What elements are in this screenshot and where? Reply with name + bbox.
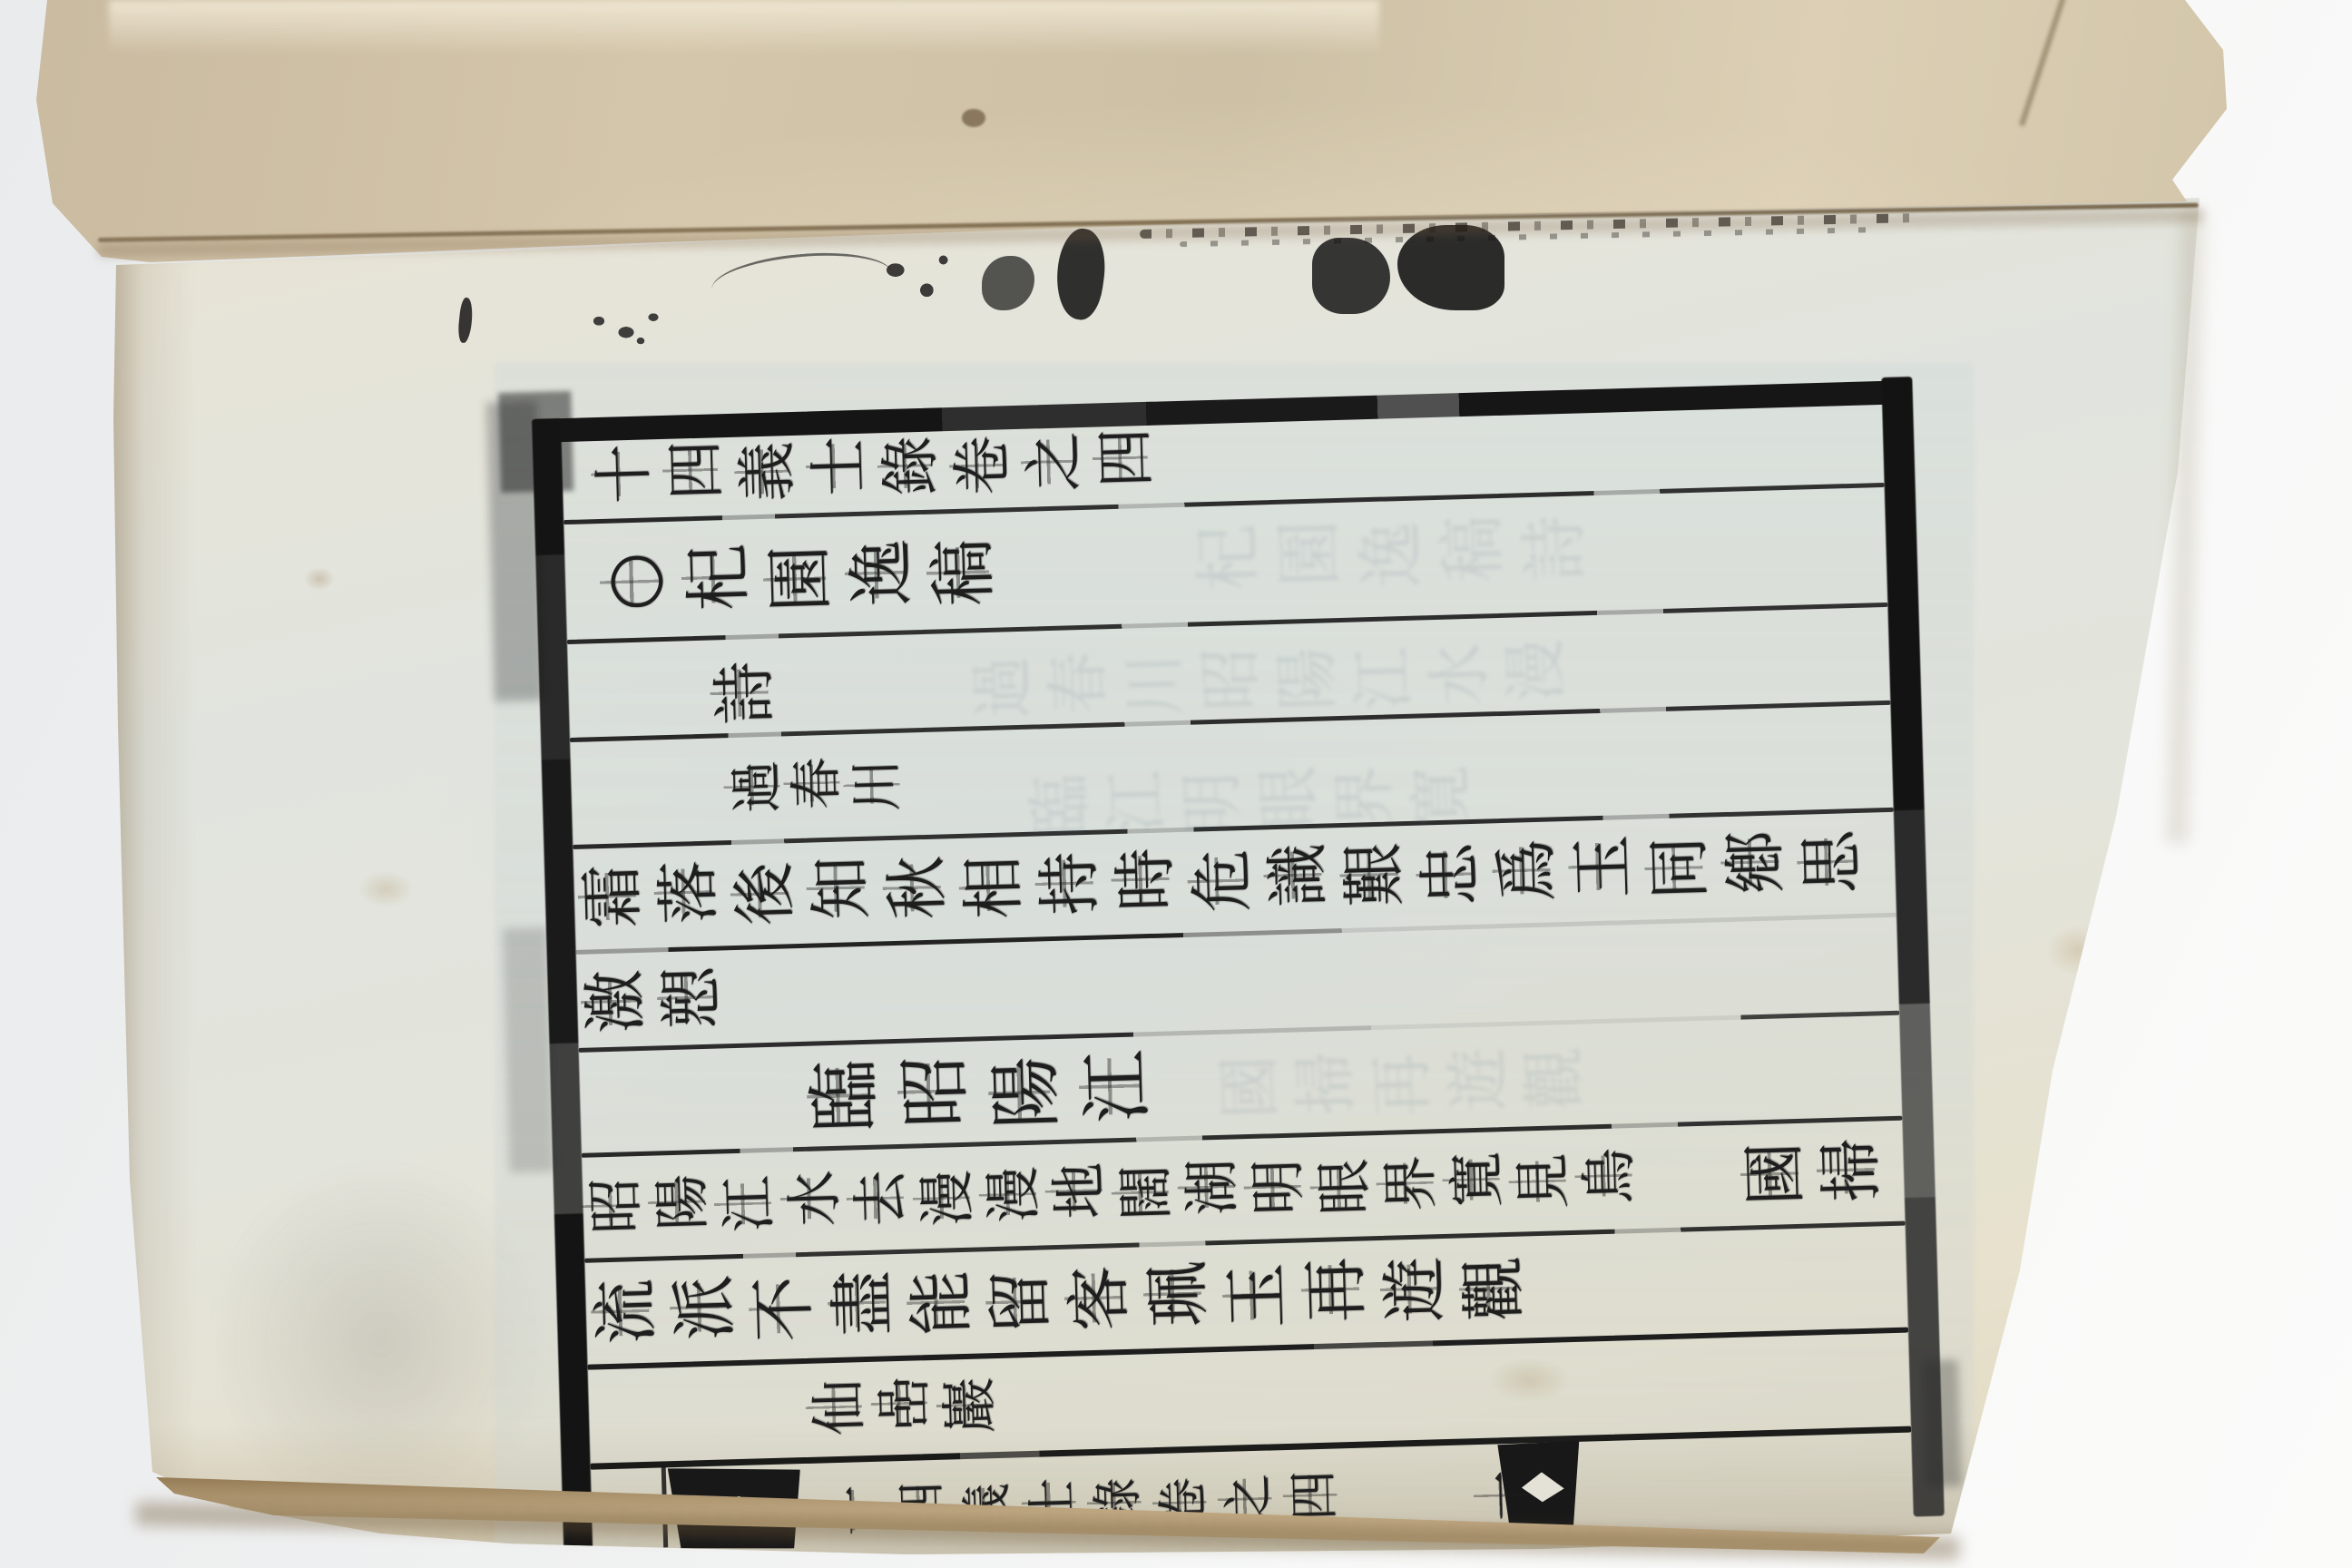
woodblock-glyph: 川 xyxy=(826,754,918,817)
woodblock-glyph: 詩 xyxy=(691,653,787,732)
ink-smudge xyxy=(1312,238,1390,314)
page-left-edge-shading xyxy=(109,254,195,1488)
age-stain xyxy=(2046,926,2110,975)
column-poem3-title: 仙嵒巖 xyxy=(800,1357,999,1454)
page-curl-highlight xyxy=(109,0,1379,54)
ink-smudge xyxy=(456,297,474,343)
woodblock-glyph: 觀 xyxy=(1501,1039,1597,1118)
woodblock-glyph: 思 xyxy=(1778,822,1874,901)
column-poem2-title: 臨昭陽江 xyxy=(791,1037,1157,1147)
woodblock-glyph: 巖 xyxy=(918,1372,1011,1440)
woodblock-glyph: 江 xyxy=(1059,1040,1161,1133)
column-poem1-verse-2: 激愬 xyxy=(571,951,726,1050)
woodblock-text-frame: 杞園逸稿詩 過春川昭陽江水漫 臨江明眼界寛 國掃再遊觀 十四義士錄卷之四 ○杞園… xyxy=(534,380,1945,1568)
woodblock-glyph: 四 xyxy=(1074,421,1165,495)
woodblock-glyph: 詩 xyxy=(1497,506,1601,591)
woodblock-glyph: 臨 xyxy=(787,1049,889,1142)
woodblock-glyph: 陽 xyxy=(968,1046,1071,1140)
column-poem1-verse-1: 霜落後知秋相持時危識艱忠爲玉同鄕思 xyxy=(567,814,1865,945)
bleedthrough-text: 過春川昭陽江水漫 xyxy=(957,624,1570,736)
photo-of-open-woodblock-book: { "colors": { "table_white": "#f4f5f4", … xyxy=(0,0,2352,1568)
column-genre-heading: 詩 xyxy=(700,645,779,741)
woodblock-glyph: 鳥 xyxy=(1557,1142,1651,1210)
bleedthrough-text: 杞園逸稿詩 xyxy=(1181,496,1592,610)
ink-smudge xyxy=(869,243,956,310)
column-poem1-title: 過春川 xyxy=(720,738,903,834)
column-section-title: ○杞園逸稿 xyxy=(590,521,1001,634)
woodblock-glyph: 愬 xyxy=(638,958,734,1037)
page-crease xyxy=(2019,0,2066,126)
age-stain xyxy=(304,567,335,591)
age-stain xyxy=(358,871,413,907)
woodblock-glyph: 稿 xyxy=(906,530,1010,614)
ink-arc-mark xyxy=(710,246,896,317)
ink-smudge xyxy=(583,303,673,350)
woodblock-glyph: 掃 xyxy=(1798,1131,1894,1210)
column-poem2-verse-1-end: 國掃 xyxy=(1730,1123,1886,1222)
woodblock-glyph: 一 xyxy=(1456,1462,1545,1530)
bleedthrough-text: 國掃再遊觀 xyxy=(1205,1030,1589,1135)
woodblock-glyph: 昭 xyxy=(877,1044,980,1138)
column-volume-title: 十四義士錄卷之四 xyxy=(581,415,1157,520)
woodblock-glyph: 漫 xyxy=(1482,632,1578,710)
ink-smudge xyxy=(982,256,1034,310)
woodblock-glyph: 觀 xyxy=(1440,1249,1536,1330)
age-stain xyxy=(962,109,985,127)
